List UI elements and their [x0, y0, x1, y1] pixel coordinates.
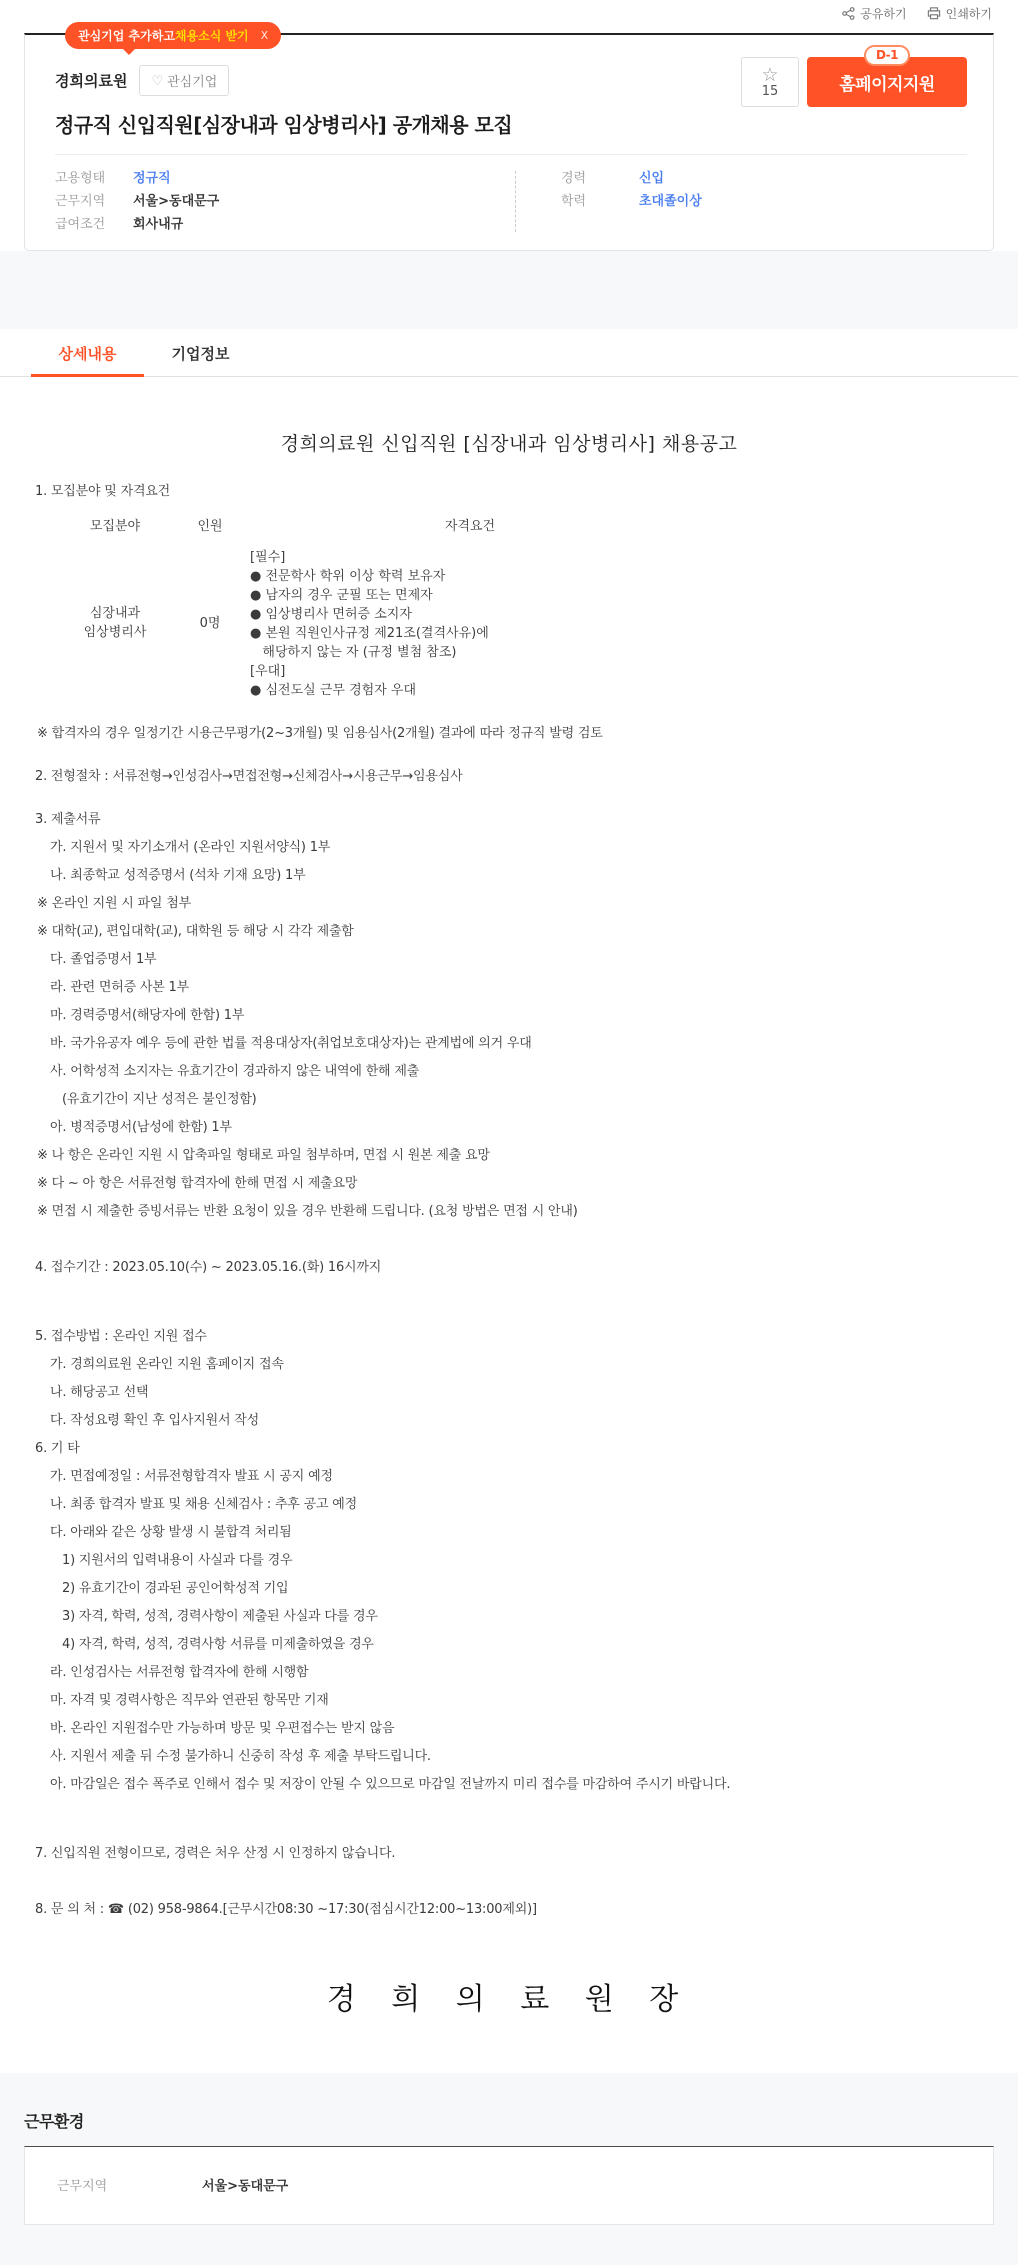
- posting-line: 다. 졸업증명서 1부: [50, 950, 983, 969]
- posting-line: 가. 면접예정일 : 서류전형합격자 발표 시 공지 예정: [50, 1467, 983, 1486]
- detail-card: 상세내용 기업정보 경희의료원 신입직원 [심장내과 임상병리사] 채용공고 1…: [0, 329, 1018, 2073]
- tooltip-highlight-text: 채용소식 받기: [175, 27, 249, 44]
- posting-line: 나. 최종 합격자 발표 및 채용 신체검사 : 추후 공고 예정: [50, 1495, 983, 1514]
- dday-badge: D-1: [864, 45, 910, 66]
- job-card: 관심기업 추가하고 채용소식 받기 X 경희의료원 ♡ 관심기업 정규직 신입직…: [24, 33, 994, 251]
- info-label: 급여조건: [55, 217, 133, 232]
- posting-line: 사. 어학성적 소지자는 유효기간이 경과하지 않은 내역에 한해 제출: [50, 1062, 983, 1081]
- info-label: 고용형태: [55, 171, 133, 186]
- info-row-salary: 급여조건 회사내규: [55, 217, 515, 232]
- posting-line: 3. 제출서류: [35, 810, 983, 829]
- info-value: 초대졸이상: [639, 194, 702, 209]
- requirement-line: ● 심전도실 근무 경험자 우대: [250, 681, 690, 700]
- info-value: 정규직: [133, 171, 171, 186]
- apply-button-label: 홈페이지지원: [839, 75, 935, 95]
- posting-lines: ※ 합격자의 경우 일정기간 시용근무평가(2~3개월) 및 임용심사(2개월)…: [35, 724, 983, 1919]
- job-title: 정규직 신입직원[심장내과 임상병리사] 공개채용 모집: [55, 109, 967, 138]
- tab-detail-content[interactable]: 상세내용: [31, 329, 144, 376]
- tab-company-info[interactable]: 기업정보: [144, 329, 257, 376]
- info-value: 회사내규: [133, 217, 183, 232]
- work-environment-section: 근무환경 근무지역 서울>동대문구: [0, 2073, 1018, 2265]
- posting-line: 가. 경희의료원 온라인 지원 홈페이지 접속: [50, 1355, 983, 1374]
- info-value: 서울>동대문구: [133, 194, 219, 209]
- scrap-count: 15: [762, 84, 779, 99]
- posting-line: 아. 병적증명서(남성에 한함) 1부: [50, 1118, 983, 1137]
- posting-line: 6. 기 타: [35, 1439, 983, 1458]
- requirement-line: ● 임상병리사 면허증 소지자: [250, 605, 690, 624]
- posting-line: (유효기간이 지난 성적은 불인정함): [62, 1090, 983, 1109]
- posting-line: 2. 전형절차 : 서류전형→인성검사→면접전형→신체검사→시용근무→임용심사: [35, 767, 983, 786]
- posting-line: 라. 관련 면허증 사본 1부: [50, 978, 983, 997]
- posting-line: 2) 유효기간이 경과된 공인어학성적 기입: [62, 1579, 983, 1598]
- work-location-value: 서울>동대문구: [202, 2175, 288, 2194]
- posting-line: 라. 인성검사는 서류전형 합격자에 한해 시행함: [50, 1663, 983, 1682]
- printer-icon: [927, 7, 941, 20]
- posting-title: 경희의료원 신입직원 [심장내과 임상병리사] 채용공고: [35, 429, 983, 456]
- favorite-company-button[interactable]: ♡ 관심기업: [139, 65, 229, 96]
- favorite-tooltip[interactable]: 관심기업 추가하고 채용소식 받기 X: [65, 22, 281, 49]
- posting-line: ※ 온라인 지원 시 파일 첨부: [37, 894, 983, 913]
- info-label: 경력: [561, 171, 639, 186]
- info-row-employment-type: 고용형태 정규직: [55, 171, 515, 186]
- table-header-count: 인원: [170, 515, 250, 548]
- company-name: 경희의료원: [55, 70, 127, 91]
- print-label: 인쇄하기: [946, 5, 992, 22]
- info-label: 학력: [561, 194, 639, 209]
- requirement-line: ● 본원 직원인사규정 제21조(결격사유)에: [250, 624, 690, 643]
- info-label: 근무지역: [55, 194, 133, 209]
- requirement-line: ● 전문학사 학위 이상 학력 보유자: [250, 567, 690, 586]
- posting-line: 7. 신입직원 전형이므로, 경력은 처우 산정 시 인정하지 않습니다.: [35, 1844, 983, 1863]
- posting-line: ※ 대학(교), 편입대학(교), 대학원 등 해당 시 각각 제출함: [37, 922, 983, 941]
- tooltip-close-icon[interactable]: X: [261, 29, 269, 42]
- info-row-work-location: 근무지역 서울>동대문구: [55, 194, 515, 209]
- requirement-line: [우대]: [250, 662, 690, 681]
- posting-line: 마. 경력증명서(해당자에 한함) 1부: [50, 1006, 983, 1025]
- tab-bar: 상세내용 기업정보: [0, 329, 1018, 377]
- requirement-line: 해당하지 않는 자 (규정 별첨 참조): [250, 643, 690, 662]
- posting-line: 마. 자격 및 경력사항은 직무와 연관된 항목만 기재: [50, 1691, 983, 1710]
- posting-line: 5. 접수방법 : 온라인 지원 접수: [35, 1327, 983, 1346]
- posting-line: 바. 온라인 지원접수만 가능하며 방문 및 우편접수는 받지 않음: [50, 1719, 983, 1738]
- posting-line: 가. 지원서 및 자기소개서 (온라인 지원서양식) 1부: [50, 838, 983, 857]
- job-info-area: 고용형태 정규직 근무지역 서울>동대문구 급여조건 회사내규 경력 신입: [55, 154, 967, 232]
- table-cell-requirements: [필수]● 전문학사 학위 이상 학력 보유자● 남자의 경우 군필 또는 면제…: [250, 548, 690, 700]
- work-location-row: 근무지역 서울>동대문구: [57, 2175, 961, 2194]
- share-icon: [842, 7, 855, 20]
- posting-line: ※ 합격자의 경우 일정기간 시용근무평가(2~3개월) 및 임용심사(2개월)…: [37, 724, 983, 743]
- signature-text: 경 희 의 료 원 장: [35, 1974, 983, 2018]
- posting-line: 아. 마감일은 접수 폭주로 인해서 접수 및 저장이 안될 수 있으므로 마감…: [50, 1775, 983, 1794]
- favorite-company-label: 관심기업: [167, 71, 217, 90]
- work-environment-title: 근무환경: [24, 2109, 994, 2132]
- requirement-line: ● 남자의 경우 군필 또는 면제자: [250, 586, 690, 605]
- posting-line: 4. 접수기간 : 2023.05.10(수) ~ 2023.05.16.(화)…: [35, 1258, 983, 1277]
- posting-line: 나. 해당공고 선택: [50, 1383, 983, 1402]
- posting-line: 8. 문 의 처 : ☎ (02) 958-9864.[근무시간08:30 ~1…: [35, 1900, 983, 1919]
- share-label: 공유하기: [860, 5, 906, 22]
- posting-line: 다. 작성요령 확인 후 입사지원서 작성: [50, 1411, 983, 1430]
- recruit-table: 모집분야 심장내과 임상병리사 인원 0명 자격요건 [필수]● 전문학사 학위…: [60, 515, 983, 700]
- heart-icon: ♡: [151, 73, 163, 89]
- section-divider-gap: [0, 251, 1018, 329]
- work-environment-box: 근무지역 서울>동대문구: [24, 2146, 994, 2225]
- apply-homepage-button[interactable]: D-1 홈페이지지원: [807, 57, 967, 107]
- scrap-button[interactable]: ☆ 15: [741, 57, 799, 107]
- info-row-education: 학력 초대졸이상: [561, 194, 967, 209]
- posting-line: 3) 자격, 학력, 성적, 경력사항이 제출된 사실과 다를 경우: [62, 1607, 983, 1626]
- info-value: 신입: [639, 171, 664, 186]
- work-location-label: 근무지역: [57, 2175, 202, 2194]
- table-cell-count: 0명: [170, 548, 250, 698]
- posting-line: 사. 지원서 제출 뒤 수정 불가하니 신중히 작성 후 제출 부탁드립니다.: [50, 1747, 983, 1766]
- tooltip-text: 관심기업 추가하고: [78, 27, 175, 44]
- info-row-career: 경력 신입: [561, 171, 967, 186]
- utility-bar: 공유하기 인쇄하기: [0, 0, 1018, 22]
- posting-line: 4) 자격, 학력, 성적, 경력사항 서류를 미제출하였을 경우: [62, 1635, 983, 1654]
- table-cell-field: 심장내과 임상병리사: [60, 548, 170, 698]
- job-summary-section: 관심기업 추가하고 채용소식 받기 X 경희의료원 ♡ 관심기업 정규직 신입직…: [0, 22, 1018, 251]
- posting-line: ※ 나 항은 온라인 지원 시 압축파일 형태로 파일 첨부하며, 면접 시 원…: [37, 1146, 983, 1165]
- posting-line: 바. 국가유공자 예우 등에 관한 법률 적용대상자(취업보호대상자)는 관계법…: [50, 1034, 983, 1053]
- table-header-requirements: 자격요건: [250, 515, 690, 548]
- posting-line: ※ 다 ~ 아 항은 서류전형 합격자에 한해 면접 시 제출요망: [37, 1174, 983, 1193]
- posting-body: 경희의료원 신입직원 [심장내과 임상병리사] 채용공고 1. 모집분야 및 자…: [0, 429, 1018, 2018]
- table-header-field: 모집분야: [60, 515, 170, 548]
- posting-line: 1. 모집분야 및 자격요건: [35, 482, 983, 501]
- print-button[interactable]: 인쇄하기: [927, 5, 992, 22]
- star-icon: ☆: [761, 66, 778, 84]
- posting-line: ※ 면접 시 제출한 증빙서류는 반환 요청이 있을 경우 반환해 드립니다. …: [37, 1202, 983, 1221]
- posting-line: 나. 최종학교 성적증명서 (석차 기재 요망) 1부: [50, 866, 983, 885]
- posting-line: 다. 아래와 같은 상황 발생 시 불합격 처리됨: [50, 1523, 983, 1542]
- requirement-line: [필수]: [250, 548, 690, 567]
- posting-line: 1) 지원서의 입력내용이 사실과 다를 경우: [62, 1551, 983, 1570]
- share-button[interactable]: 공유하기: [842, 5, 906, 22]
